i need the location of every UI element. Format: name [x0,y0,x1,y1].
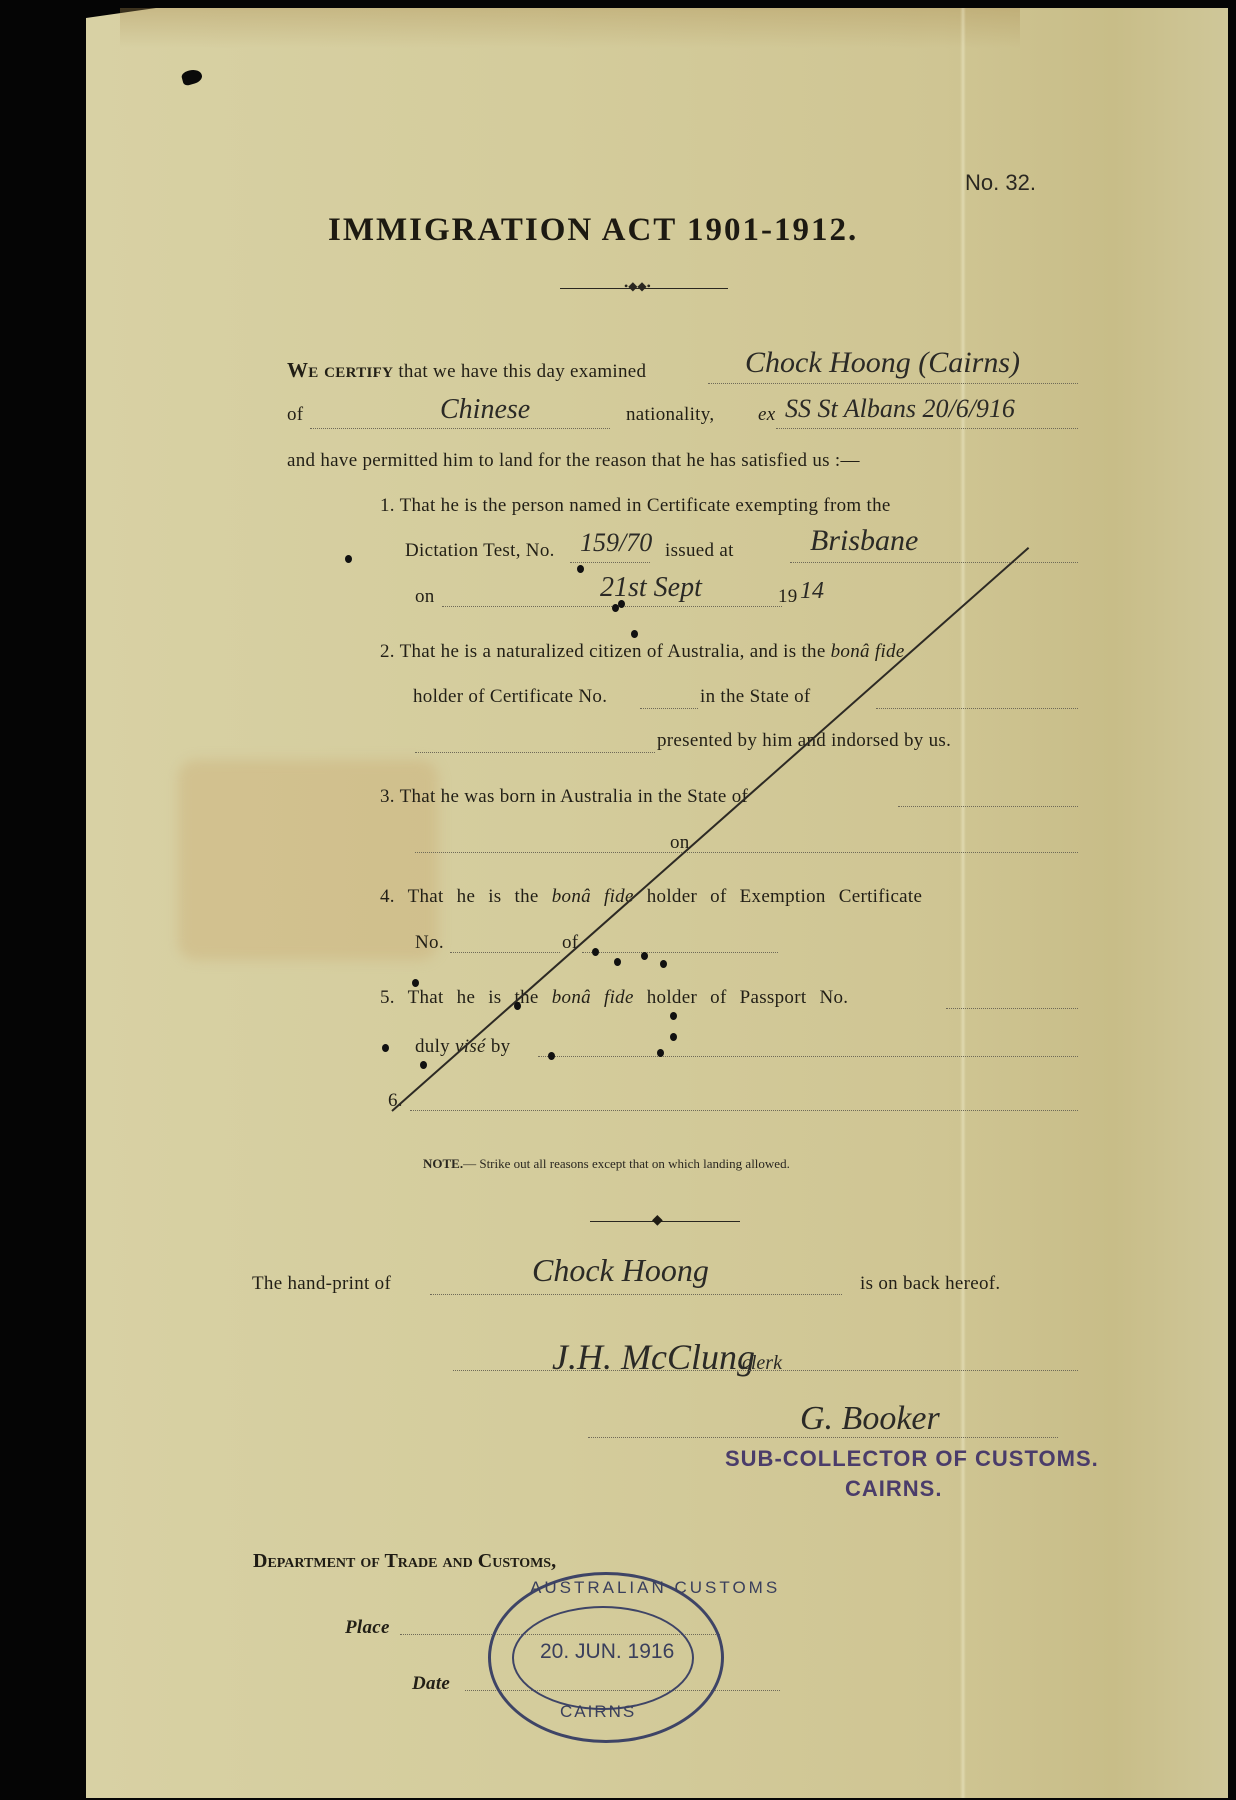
reason-4-number: 4. [380,886,395,907]
perforation-dot [548,1052,555,1060]
place-label: Place [345,1617,390,1639]
cairns-stamp: CAIRNS. [845,1476,942,1502]
stamp-top-text: AUSTRALIAN CUSTOMS [530,1578,780,1598]
cert-no-value: 159/70 [580,528,652,558]
year-prefix: 19 [778,586,798,608]
date-label: Date [412,1673,450,1695]
reason-2-cert-line [640,708,698,709]
perforation-dot [592,948,599,956]
reason-6-line [410,1110,1078,1111]
year-value: 14 [800,578,824,605]
reason-2-presented: presented by him and indorsed by us. [657,730,951,752]
perforation-dot [641,952,648,960]
perforation-dot [618,600,625,608]
perforation-dot [660,960,667,968]
paper-fold [960,8,966,1798]
vise-by-line [538,1056,1078,1057]
perforation-dot [577,565,584,573]
ornament-diamond: ◆ [652,1212,663,1229]
duly-text: duly [415,1036,450,1057]
on-label: on [415,586,435,608]
perforation-dot [514,1002,521,1010]
handprint-suffix: is on back hereof. [860,1273,1000,1295]
reason-3-line1: 3. That he was born in Australia in the … [380,786,748,808]
reason-3-on-line [415,852,1078,853]
reason-2-state-line [876,708,1078,709]
perforation-dot [657,1049,664,1057]
reason-2-state-label: in the State of [700,686,811,708]
nationality-line [310,428,610,429]
reason-5-line1: 5. That he is the bonâ fide holder of Pa… [380,987,848,1009]
reason-1-text: That he is the person named in Certifica… [400,495,891,516]
perforation-dot [670,1033,677,1041]
by-text: by [491,1036,511,1057]
examined-name-line [708,383,1078,384]
ship-line [776,428,1078,429]
reason-3-text: That he was born in Australia in the Sta… [400,786,749,807]
handprint-prefix: The hand-print of [252,1273,391,1295]
reason-4-of-line [582,952,778,953]
perforation-dot [631,630,638,638]
officer-signature: G. Booker [800,1400,940,1438]
ship-value: SS St Albans 20/6/916 [785,394,1015,424]
paper-notch [180,0,300,8]
passport-no-line [946,1008,1078,1009]
stamp-date: 20. JUN. 1916 [540,1640,674,1664]
issued-label: issued at [665,540,734,562]
reason-4-no-label: No. [415,932,444,954]
reason-4-text-b: holder of Exemption Certificate [647,886,922,907]
reason-2-presented-line [415,752,655,753]
reason-4-no-line [450,952,560,953]
note-label: NOTE. [423,1156,463,1171]
form-number: No. 32. [965,170,1036,196]
certify-lead: We certify [287,358,393,382]
bona-fide-text: bonâ fide [552,886,634,907]
reason-3-number: 3. [380,786,395,807]
certify-line: We certify that we have this day examine… [287,358,646,383]
page-title: IMMIGRATION ACT 1901-1912. [328,212,858,249]
perforation-dot [670,1012,677,1020]
permitted-text: and have permitted him to land for the r… [287,450,860,472]
reason-1-number: 1. [380,495,395,516]
reason-2-cert-label: holder of Certificate No. [413,686,607,708]
reason-4-line1: 4. That he is the bonâ fide holder of Ex… [380,886,922,908]
note-ornament [590,1221,740,1222]
reason-1-line1: 1. That he is the person named in Certif… [380,495,891,517]
reason-2-line1: 2. That he is a naturalized citizen of A… [380,641,905,663]
perforation-dot [420,1061,427,1069]
examined-name-value: Chock Hoong (Cairns) [745,346,1020,380]
perforation-dot [382,1044,389,1052]
cert-no-line [570,562,650,563]
note: NOTE.— Strike out all reasons except tha… [423,1156,790,1172]
clerk-signature-line [453,1370,1078,1371]
clerk-title: clerk [742,1352,782,1375]
perforation-dot [614,958,621,966]
bona-fide-text: bonâ fide [552,987,634,1008]
paper-stain-top [120,8,1020,48]
perforation-dot [412,979,419,987]
bona-fide-text: bonâ fide [831,641,905,662]
note-text: — Strike out all reasons except that on … [463,1156,790,1171]
nationality-value: Chinese [440,394,530,426]
sub-collector-stamp: SUB-COLLECTOR OF CUSTOMS. [725,1446,1099,1472]
handprint-name-value: Chock Hoong [532,1252,709,1289]
reason-5-number: 5. [380,987,395,1008]
dictation-label: Dictation Test, No. [405,540,555,562]
nationality-label: nationality, [626,404,714,426]
reason-5-text-b: holder of Passport No. [647,987,849,1008]
officer-signature-line [588,1437,1058,1438]
issued-at-line [790,562,1078,563]
reason-3-state-line [898,806,1078,807]
reason-2-number: 2. [380,641,395,662]
reason-2-text: That he is a naturalized citizen of Aust… [400,641,826,662]
ex-label: ex [758,404,775,426]
certify-text: that we have this day examined [398,361,646,382]
ornament-glyph: •◆◆• [624,279,651,294]
of-label: of [287,404,303,426]
date-value: 21st Sept [600,572,702,604]
issued-at-value: Brisbane [810,524,918,558]
perforation-dot [345,555,352,563]
clerk-signature: J.H. McClung [552,1336,755,1378]
stamp-bottom-text: CAIRNS [560,1702,636,1722]
handprint-name-line [430,1294,842,1295]
department-label: Department of Trade and Customs, [253,1550,556,1573]
reason-4-text-a: That he is the [408,886,539,907]
